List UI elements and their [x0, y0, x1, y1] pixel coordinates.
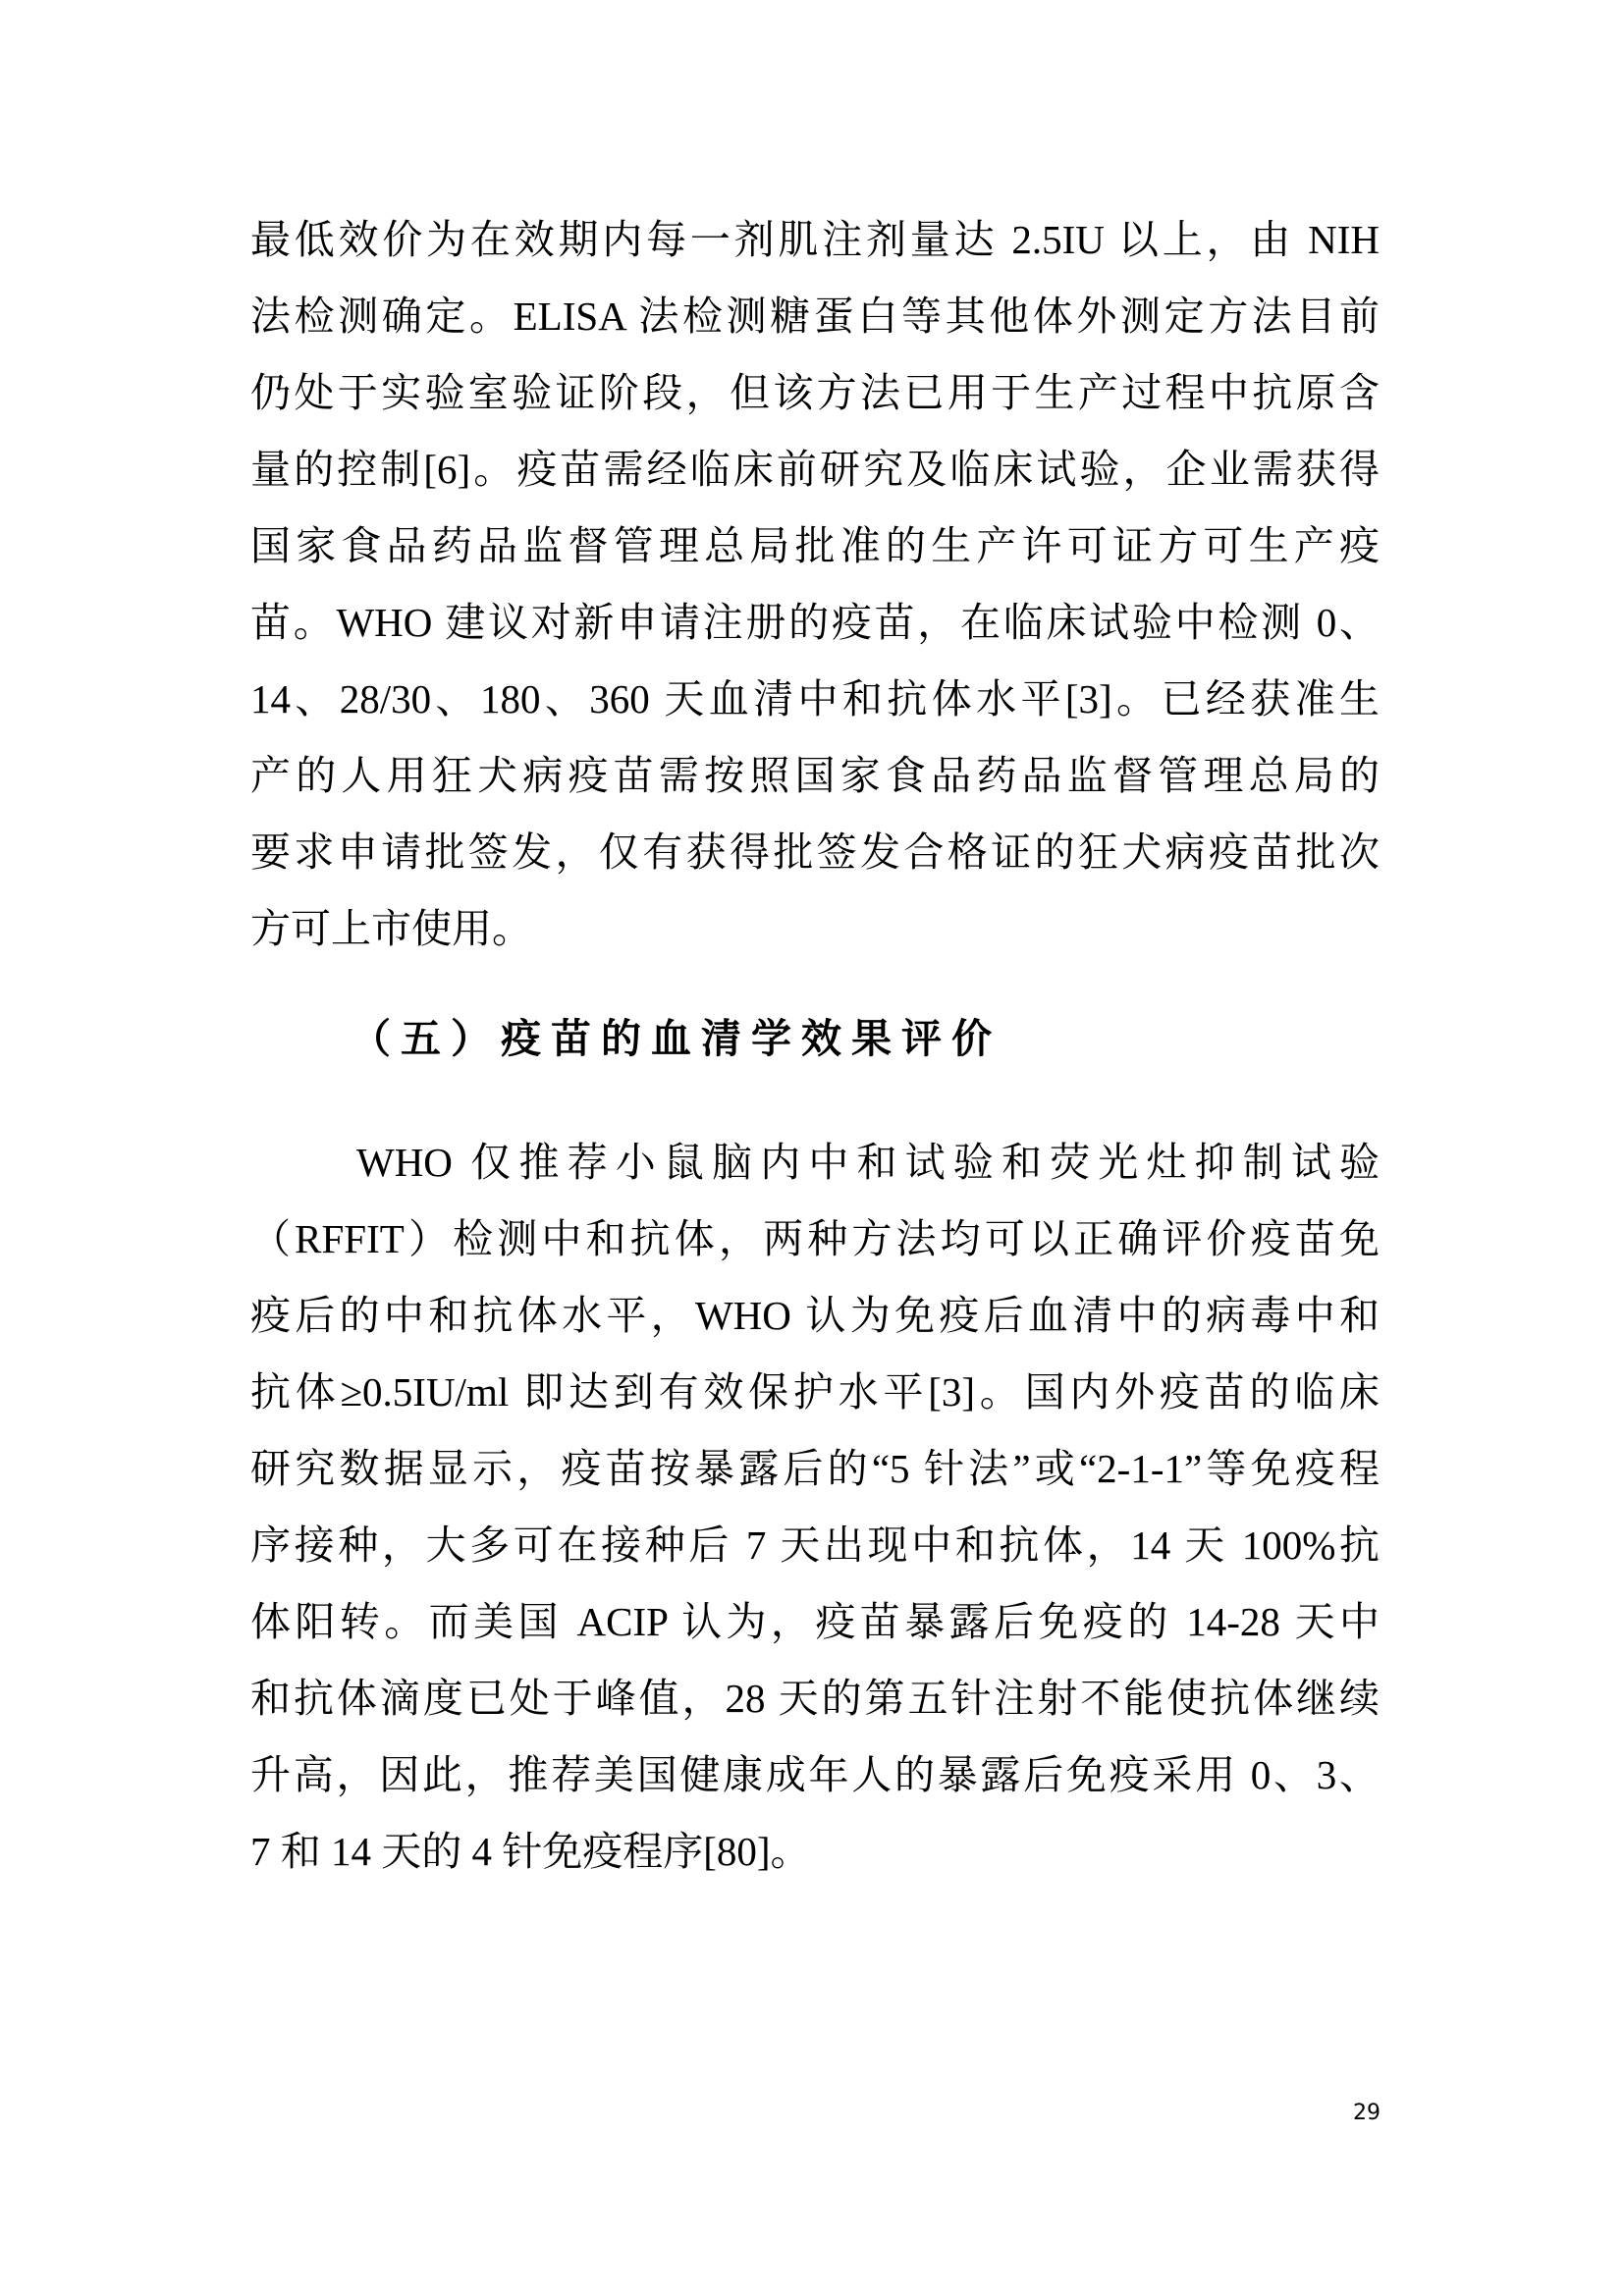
text-line: 和抗体滴度已处于峰值，28 天的第五针注射不能使抗体继续 — [250, 1660, 1380, 1736]
text-line: 要求申请批签发，仅有获得批签发合格证的狂犬病疫苗批次 — [250, 814, 1380, 890]
text-line: 法检测确定。ELISA 法检测糖蛋白等其他体外测定方法目前 — [250, 278, 1380, 354]
text-line: 疫后的中和抗体水平，WHO 认为免疫后血清中的病毒中和 — [250, 1277, 1380, 1354]
text-line: 7 和 14 天的 4 针免疫程序[80]。 — [250, 1813, 1380, 1890]
text-line: （RFFIT）检测中和抗体，两种方法均可以正确评价疫苗免 — [250, 1201, 1380, 1277]
text-line: 抗体≥0.5IU/ml 即达到有效保护水平[3]。国内外疫苗的临床 — [250, 1354, 1380, 1430]
text-line: 14、28/30、180、360 天血清中和抗体水平[3]。已经获准生 — [250, 661, 1380, 737]
text-line: 产的人用狂犬病疫苗需按照国家食品药品监督管理总局的 — [250, 737, 1380, 814]
page-number: 29 — [1353, 2101, 1380, 2125]
text-line: 升高，因此，推荐美国健康成年人的暴露后免疫采用 0、3、 — [250, 1736, 1380, 1813]
text-line: 最低效价为在效期内每一剂肌注剂量达 2.5IU 以上，由 NIH — [250, 201, 1380, 278]
text-line: 方可上市使用。 — [250, 890, 1380, 967]
paragraph-vaccine-potency: 最低效价为在效期内每一剂肌注剂量达 2.5IU 以上，由 NIH 法检测确定。E… — [250, 201, 1380, 967]
text-line: 体阳转。而美国 ACIP 认为，疫苗暴露后免疫的 14-28 天中 — [250, 1583, 1380, 1660]
text-line: 苗。WHO 建议对新申请注册的疫苗，在临床试验中检测 0、 — [250, 584, 1380, 661]
text-line: 仍处于实验室验证阶段，但该方法已用于生产过程中抗原含 — [250, 354, 1380, 431]
text-line: 序接种，大多可在接种后 7 天出现中和抗体，14 天 100%抗 — [250, 1507, 1380, 1583]
section-heading: （五）疫苗的血清学效果评价 — [351, 1009, 1001, 1068]
text-line: 研究数据显示，疫苗按暴露后的“5 针法”或“2-1-1”等免疫程 — [250, 1430, 1380, 1507]
document-page: 最低效价为在效期内每一剂肌注剂量达 2.5IU 以上，由 NIH 法检测确定。E… — [0, 0, 1624, 2296]
text-line: 国家食品药品监督管理总局批准的生产许可证方可生产疫 — [250, 507, 1380, 584]
paragraph-serological-evaluation: WHO 仅推荐小鼠脑内中和试验和荧光灶抑制试验 （RFFIT）检测中和抗体，两种… — [250, 1124, 1380, 1890]
text-line: WHO 仅推荐小鼠脑内中和试验和荧光灶抑制试验 — [250, 1124, 1380, 1201]
text-line: 量的控制[6]。疫苗需经临床前研究及临床试验，企业需获得 — [250, 431, 1380, 507]
